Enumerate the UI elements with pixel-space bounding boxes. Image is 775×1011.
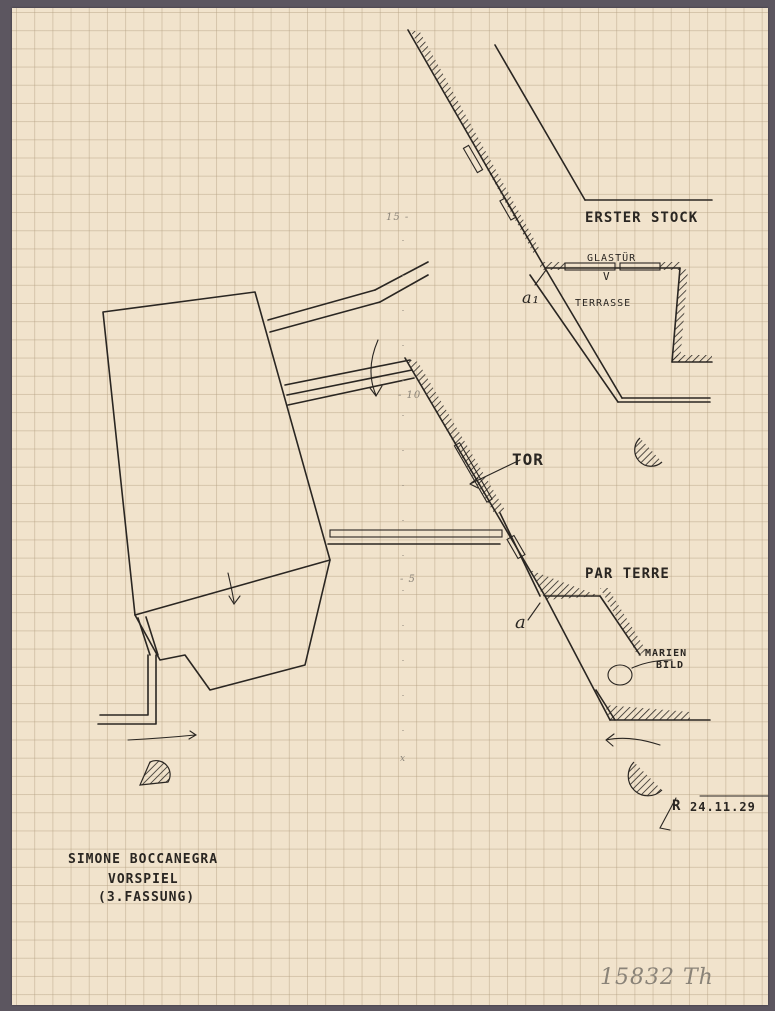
label-bild: BILD — [656, 660, 684, 671]
signature-date: 24.11.29 — [690, 800, 756, 814]
center-structures — [268, 262, 545, 596]
axis-tick-5: - 5 — [400, 574, 416, 585]
upper-floor-plan — [408, 30, 712, 466]
label-point-a: a — [515, 612, 527, 633]
title-line-1: SIMONE BOCCANEGRA — [68, 852, 218, 867]
axis-tick-10: - 10 — [398, 390, 421, 401]
ground-floor-plan — [528, 570, 710, 796]
label-terrasse: TERRASSE — [575, 298, 631, 309]
label-glastuer-mark: V — [603, 270, 611, 283]
title-line-2: VORSPIEL — [108, 872, 179, 887]
signature-initials: R — [672, 798, 681, 814]
label-tor: TOR — [512, 450, 544, 469]
left-building — [98, 292, 330, 785]
axis-origin-mark: x — [400, 754, 406, 764]
label-marien: MARIEN — [645, 648, 687, 659]
archive-number: 15832 Th — [600, 965, 714, 990]
title-line-3: (3.FASSUNG) — [98, 890, 195, 905]
axis-tick-15: 15 - — [386, 212, 409, 223]
label-erster-stock: ERSTER STOCK — [585, 210, 698, 226]
label-point-a1: a₁ — [522, 288, 540, 307]
label-glastuer: GLASTÜR — [587, 253, 636, 264]
label-par-terre: PAR TERRE — [585, 566, 670, 582]
